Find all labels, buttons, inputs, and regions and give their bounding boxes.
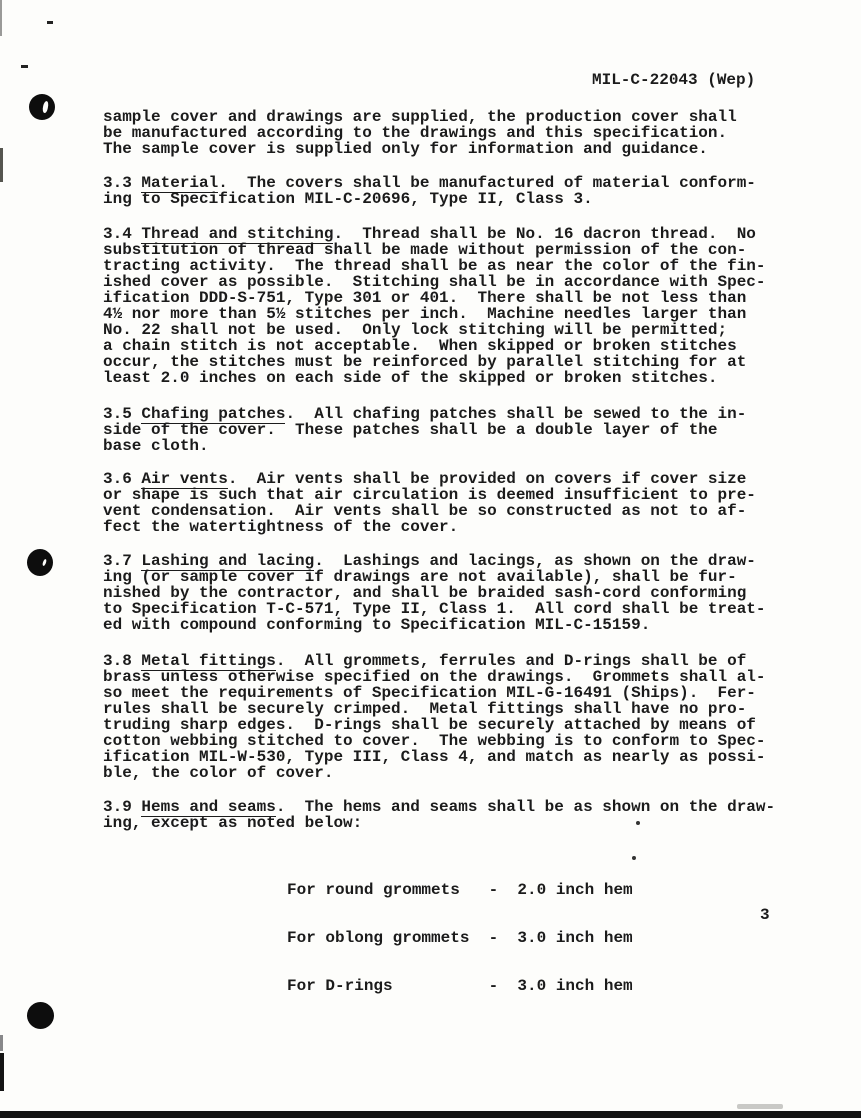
scan-edge-artifact xyxy=(0,1035,3,1051)
hem-dash: - xyxy=(489,978,518,994)
section-3-9: 3.9 Hems and seams. The hems and seams s… xyxy=(103,799,775,831)
hem-value: 3.0 inch hem xyxy=(517,929,632,947)
scan-speck xyxy=(632,856,636,860)
punch-hole-mark xyxy=(29,94,55,120)
section-3-4: 3.4 Thread and stitching. Thread shall b… xyxy=(103,226,766,386)
paragraph-intro: sample cover and drawings are supplied, … xyxy=(103,109,737,157)
hem-table-row: For oblong grommets-3.0 inch hem xyxy=(287,930,633,946)
section-text: . All grommets, ferrules and D-rings sha… xyxy=(103,652,766,782)
punch-hole-mark xyxy=(27,549,53,576)
scan-edge-artifact xyxy=(0,1053,4,1091)
paragraph-text: sample cover and drawings are supplied, … xyxy=(103,108,737,158)
scan-edge-artifact xyxy=(0,0,2,36)
punch-hole-mark xyxy=(27,1002,54,1029)
scan-speck xyxy=(47,21,53,24)
section-3-8: 3.8 Metal fittings. All grommets, ferrul… xyxy=(103,653,766,781)
section-3-5: 3.5 Chafing patches. All chafing patches… xyxy=(103,406,746,454)
hem-value: 3.0 inch hem xyxy=(517,977,632,995)
page-number: 3 xyxy=(760,907,770,923)
scan-speck xyxy=(21,65,28,68)
document-reference: MIL-C-22043 (Wep) xyxy=(592,72,755,88)
section-3-6: 3.6 Air vents. Air vents shall be provid… xyxy=(103,471,756,535)
section-text: . Thread shall be No. 16 dacron thread. … xyxy=(103,225,766,387)
hem-dash: - xyxy=(489,882,518,898)
hem-item: For round grommets xyxy=(287,882,489,898)
section-3-3: 3.3 Material. The covers shall be manufa… xyxy=(103,175,756,207)
hem-value: 2.0 inch hem xyxy=(517,881,632,899)
section-3-7: 3.7 Lashing and lacing. Lashings and lac… xyxy=(103,553,766,633)
document-page: MIL-C-22043 (Wep) sample cover and drawi… xyxy=(0,0,861,1118)
scan-bottom-bar xyxy=(0,1111,861,1118)
hem-item: For oblong grommets xyxy=(287,930,489,946)
hem-table-row: For D-rings-3.0 inch hem xyxy=(287,978,633,994)
hem-size-table: For round grommets-2.0 inch hem For oblo… xyxy=(287,850,633,1026)
hem-dash: - xyxy=(489,930,518,946)
scan-smudge xyxy=(737,1104,783,1109)
hem-item: For D-rings xyxy=(287,978,489,994)
scan-edge-artifact xyxy=(0,148,3,182)
scan-speck xyxy=(636,821,640,825)
hem-table-row: For round grommets-2.0 inch hem xyxy=(287,882,633,898)
